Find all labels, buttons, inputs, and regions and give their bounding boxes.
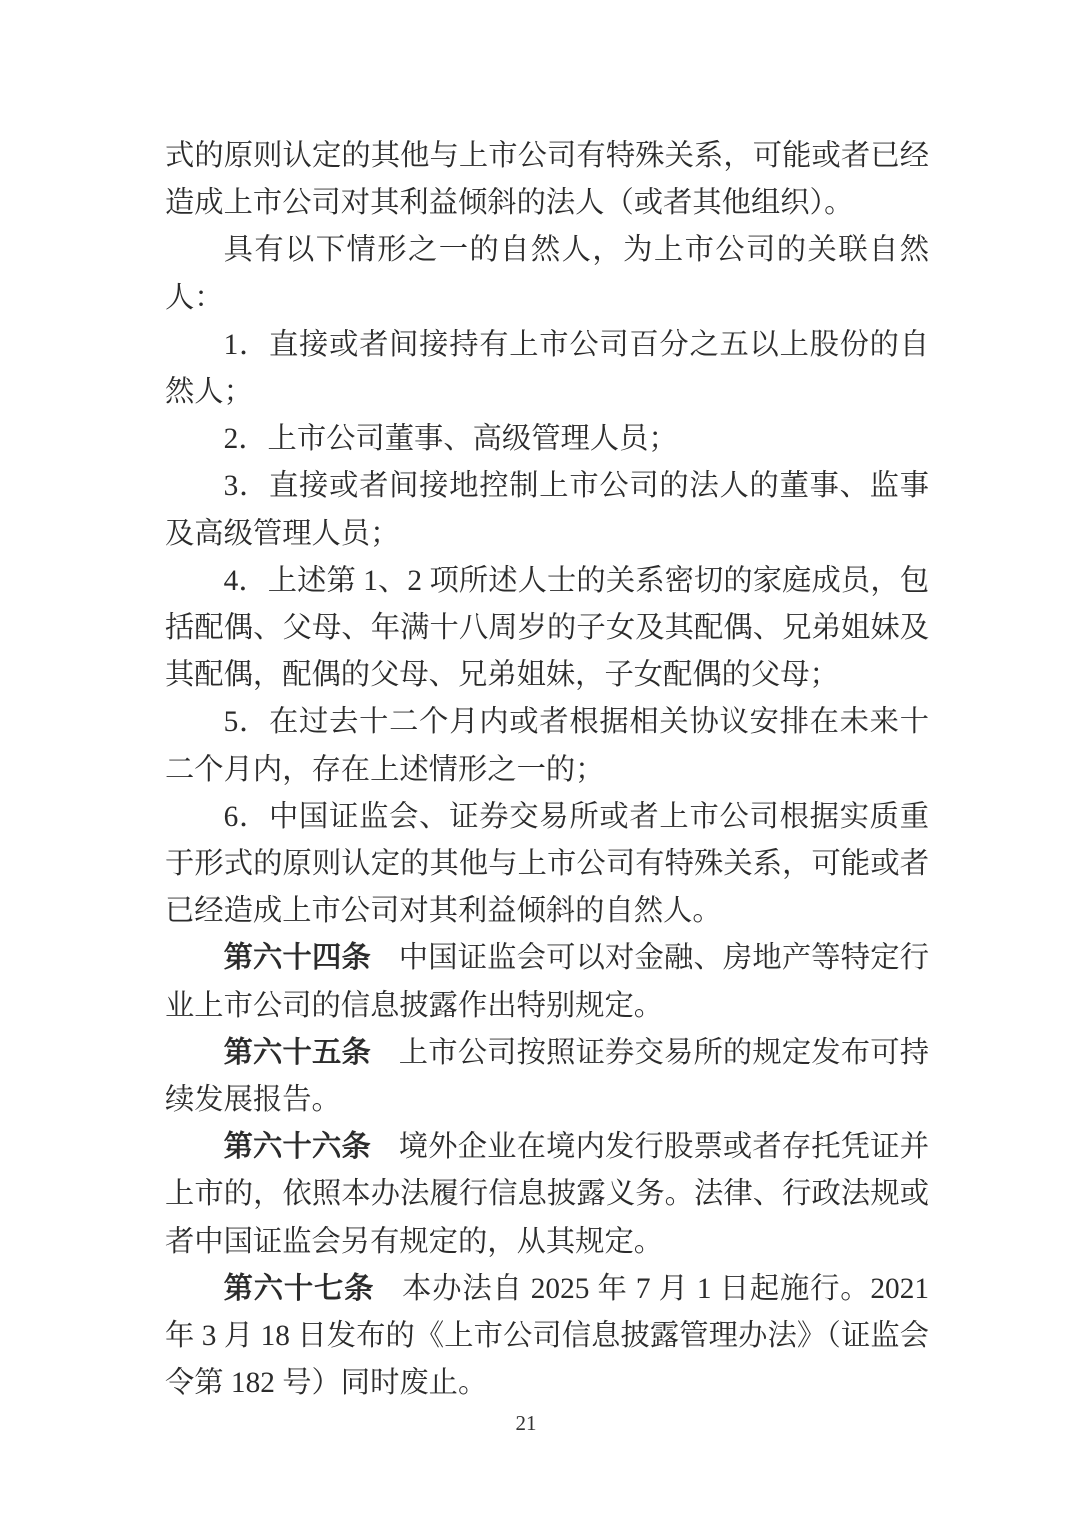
document-body: 式的原则认定的其他与上市公司有特殊关系，可能或者已经造成上市公司对其利益倾斜的法… [165, 133, 929, 1407]
paragraph-text: 6．中国证监会、证券交易所或者上市公司根据实质重于形式的原则认定的其他与上市公司… [165, 801, 929, 927]
paragraph-text: 1．直接或者间接持有上市公司百分之五以上股份的自然人； [165, 329, 929, 408]
article-65-number: 第六十五条 [224, 1037, 371, 1069]
article-64: 第六十四条中国证监会可以对金融、房地产等特定行业上市公司的信息披露作出特别规定。 [165, 935, 929, 1029]
paragraph-text: 2．上市公司董事、高级管理人员； [224, 423, 678, 455]
list-item-5: 5．在过去十二个月内或者根据相关协议安排在未来十二个月内，存在上述情形之一的； [165, 699, 929, 793]
article-67: 第六十七条本办法自 2025 年 7 月 1 日起施行。2021 年 3 月 1… [165, 1266, 929, 1408]
paragraph-text: 4．上述第 1、2 项所述人士的关系密切的家庭成员，包括配偶、父母、年满十八周岁… [165, 565, 929, 691]
paragraph-text: 具有以下情形之一的自然人，为上市公司的关联自然人： [165, 234, 929, 313]
article-66-number: 第六十六条 [224, 1131, 371, 1163]
paragraph-text: 3．直接或者间接地控制上市公司的法人的董事、监事及高级管理人员； [165, 470, 929, 549]
article-66: 第六十六条境外企业在境内发行股票或者存托凭证并上市的，依照本办法履行信息披露义务… [165, 1124, 929, 1266]
page-footer: 21 [0, 1411, 1080, 1436]
document-page: 式的原则认定的其他与上市公司有特殊关系，可能或者已经造成上市公司对其利益倾斜的法… [0, 0, 1080, 1527]
paragraph-text: 5．在过去十二个月内或者根据相关协议安排在未来十二个月内，存在上述情形之一的； [165, 706, 929, 785]
article-65: 第六十五条上市公司按照证券交易所的规定发布可持续发展报告。 [165, 1030, 929, 1124]
article-64-number: 第六十四条 [224, 942, 371, 974]
list-item-1: 1．直接或者间接持有上市公司百分之五以上股份的自然人； [165, 322, 929, 416]
list-item-2: 2．上市公司董事、高级管理人员； [165, 416, 929, 463]
list-item-3: 3．直接或者间接地控制上市公司的法人的董事、监事及高级管理人员； [165, 463, 929, 557]
paragraph-text: 式的原则认定的其他与上市公司有特殊关系，可能或者已经造成上市公司对其利益倾斜的法… [165, 140, 929, 219]
list-item-6: 6．中国证监会、证券交易所或者上市公司根据实质重于形式的原则认定的其他与上市公司… [165, 794, 929, 936]
list-item-4: 4．上述第 1、2 项所述人士的关系密切的家庭成员，包括配偶、父母、年满十八周岁… [165, 558, 929, 700]
article-67-number: 第六十七条 [224, 1273, 375, 1305]
paragraph-legal-person-continuation: 式的原则认定的其他与上市公司有特殊关系，可能或者已经造成上市公司对其利益倾斜的法… [165, 133, 929, 227]
page-number: 21 [516, 1411, 537, 1436]
paragraph-related-natural-person-intro: 具有以下情形之一的自然人，为上市公司的关联自然人： [165, 227, 929, 321]
